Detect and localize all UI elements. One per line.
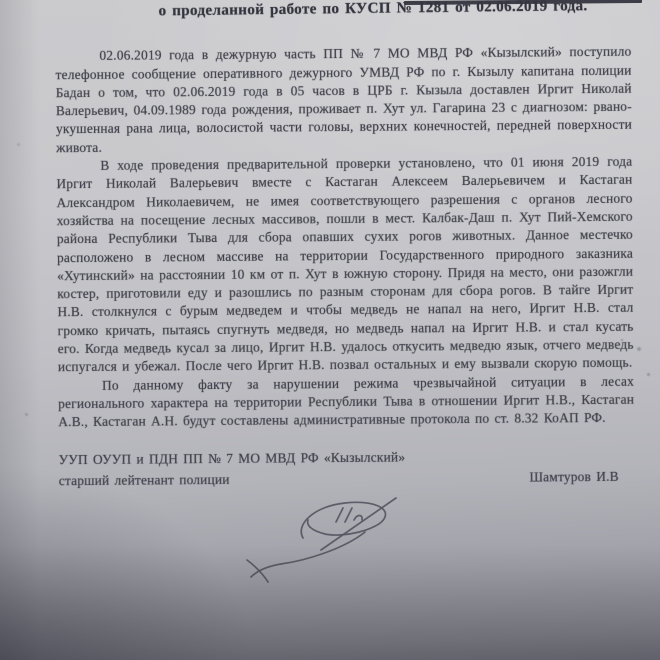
signoff-rank-line: старший лейтенант полиции xyxy=(59,470,230,492)
photo-speck xyxy=(646,372,651,377)
photo-speck xyxy=(24,412,29,417)
paragraph-administrative-action: По данному факту за нарушении режима чре… xyxy=(58,372,634,431)
photo-speck xyxy=(16,142,21,147)
photo-speck xyxy=(636,346,642,352)
paragraph-investigation-details: В ходе проведения предварительной провер… xyxy=(56,153,634,377)
photo-background: о проделанной работе по КУСП № 1281 от 0… xyxy=(0,0,660,660)
paragraph-incident-report: 02.06.2019 года в дежурную часть ПП № 7 … xyxy=(55,43,632,157)
signature-scribble xyxy=(233,486,413,591)
document-page: о проделанной работе по КУСП № 1281 от 0… xyxy=(55,0,635,492)
signoff-block: УУП ОУУП и ПДН ПП № 7 МО МВД РФ «Кызылск… xyxy=(59,445,635,492)
report-header: о проделанной работе по КУСП № 1281 от 0… xyxy=(85,0,660,22)
report-body: 02.06.2019 года в дежурную часть ПП № 7 … xyxy=(55,43,634,432)
signer-name: Шамтуров И.В xyxy=(529,467,618,488)
